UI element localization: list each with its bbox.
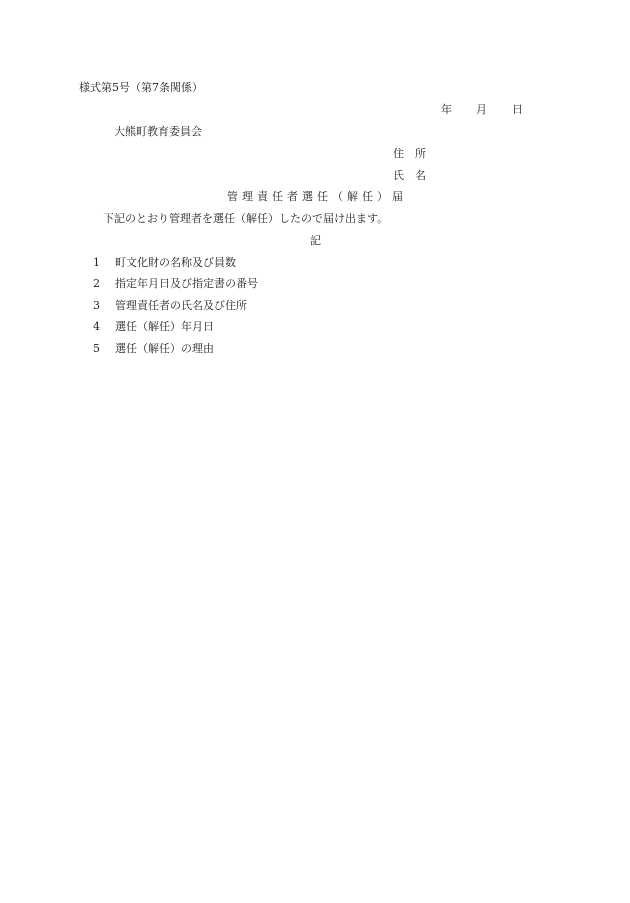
date-day: 日 [512, 103, 523, 117]
item-text: 管理責任者の氏名及び住所 [115, 299, 247, 312]
list-item: 4選任（解任）年月日 [93, 320, 214, 334]
ki-heading: 記 [310, 234, 321, 248]
item-number: 5 [93, 342, 115, 356]
recipient: 大熊町教育委員会 [114, 125, 202, 139]
list-item: 5選任（解任）の理由 [93, 342, 214, 356]
item-text: 選任（解任）年月日 [115, 320, 214, 333]
list-item: 2指定年月日及び指定書の番号 [93, 277, 258, 291]
list-item: 3管理責任者の氏名及び住所 [93, 299, 247, 313]
item-text: 指定年月日及び指定書の番号 [115, 277, 258, 290]
address-label: 住 所 [393, 147, 426, 161]
name-label: 氏 名 [393, 169, 426, 183]
item-text: 選任（解任）の理由 [115, 342, 214, 355]
item-number: 3 [93, 299, 115, 313]
date-month: 月 [476, 103, 487, 117]
body-text: 下記のとおり管理者を選任（解任）したので届け出ます。 [103, 212, 388, 226]
item-text: 町文化財の名称及び員数 [115, 256, 236, 269]
item-number: 2 [93, 277, 115, 291]
date-year: 年 [441, 103, 452, 117]
document-title: 管理責任者選任（解任）届 [227, 190, 407, 204]
item-number: 1 [93, 256, 115, 270]
list-item: 1町文化財の名称及び員数 [93, 256, 236, 270]
item-number: 4 [93, 320, 115, 334]
form-number: 様式第5号（第7条関係） [79, 81, 203, 95]
